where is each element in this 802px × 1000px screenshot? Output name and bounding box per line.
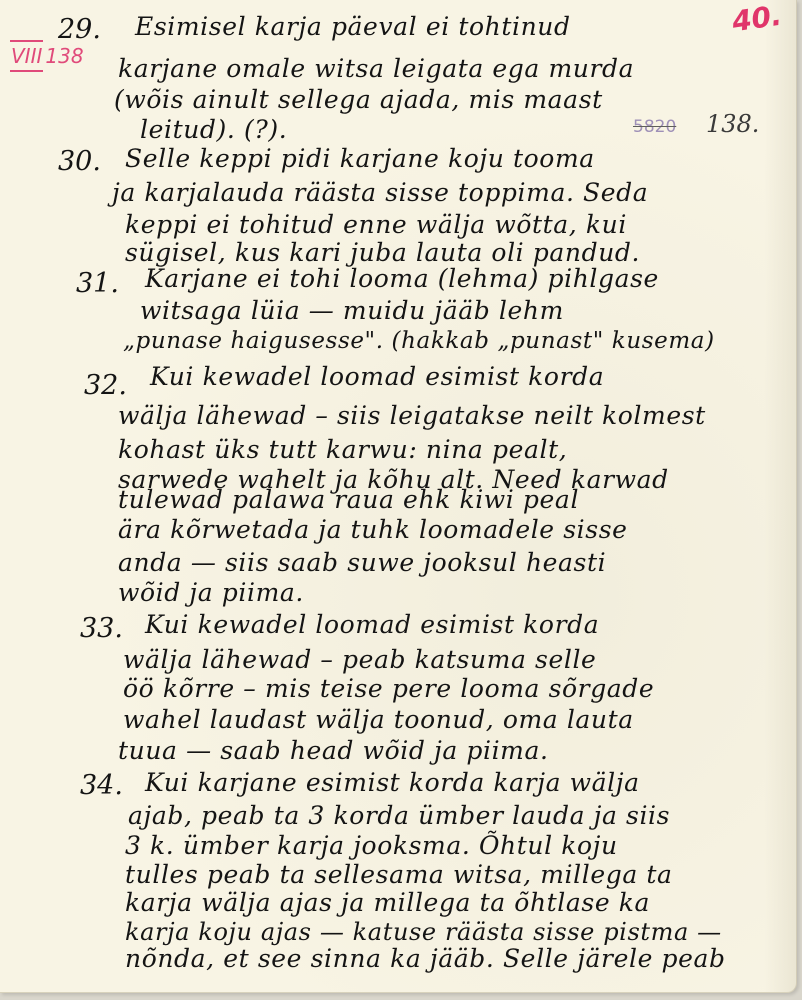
entry-number: 33. [80, 613, 123, 644]
entry-line: witsaga lüia — muidu jääb lehm [140, 298, 564, 323]
entry-line: Kui kewadel loomad esimist korda [150, 364, 604, 389]
entry-line: tuua — saab head wõid ja piima. [118, 738, 549, 763]
entry-number: 29. [58, 14, 101, 45]
archive-mark-roman: VIII [10, 40, 43, 72]
entry-line: wõid ja piima. [118, 580, 304, 605]
entry-line: wälja lähewad – siis leigatakse neilt ko… [118, 403, 706, 428]
entry-line: leitud). (?). [140, 117, 287, 142]
entry-line: Selle keppi pidi karjane koju tooma [125, 146, 595, 171]
entry-line: (wõis ainult sellega ajada, mis maast [114, 87, 603, 112]
folio-number: 40. [730, 0, 784, 38]
archive-mark-number: 138 [45, 44, 83, 68]
entry-number: 34. [80, 770, 123, 801]
entry-line: Kui karjane esimist korda karja wälja [145, 770, 640, 795]
entry-line: Karjane ei tohi looma (lehma) pihlgase [145, 266, 659, 291]
entry-number: 31. [76, 268, 119, 299]
entry-line: Kui kewadel loomad esimist korda [145, 612, 599, 637]
entry-number: 32. [84, 370, 127, 401]
entry-line: karjane omale witsa leigata ega murda [118, 56, 634, 81]
struck-stamp-number: 5820 [633, 117, 676, 137]
entry-line: tulles peab ta sellesama witsa, millega … [125, 862, 673, 887]
entry-line: wahel laudast wälja toonud, oma lauta [123, 707, 634, 732]
entry-line: karja wälja ajas ja millega ta õhtlase k… [125, 890, 650, 915]
entry-line: sügisel, kus kari juba lauta oli pandud. [125, 240, 640, 265]
manuscript-page: 40. VIII138 5820 138. 29. Esimisel karja… [0, 0, 797, 993]
entry-line: kohast üks tutt karwu: nina pealt, [118, 437, 567, 462]
entry-line: 3 k. ümber karja jooksma. Õhtul koju [125, 833, 618, 858]
entry-line: ära kõrwetada ja tuhk loomadele sisse [118, 517, 628, 542]
entry-line: anda — siis saab suwe jooksul heasti [118, 550, 606, 575]
entry-line: karja koju ajas — katuse räästa sisse pi… [125, 920, 722, 944]
entry-line: Esimisel karja päeval ei tohtinud [135, 14, 571, 39]
entry-line: keppi ei tohitud enne wälja wõtta, kui [125, 212, 627, 237]
entry-line: öö kõrre – mis teise pere looma sõrgade [123, 676, 654, 701]
entry-line: ajab, peab ta 3 korda ümber lauda ja sii… [128, 803, 670, 828]
entry-line: wälja lähewad – peab katsuma selle [123, 647, 596, 672]
page-number: 138. [706, 110, 759, 138]
entry-line: „punase haigusesse". (hakkab „punast" ku… [123, 330, 715, 353]
entry-line: ja karjalauda räästa sisse toppima. Seda [112, 180, 648, 205]
entry-number: 30. [58, 146, 101, 177]
entry-line: tulewad palawa raua ehk kiwi peal [118, 487, 579, 512]
entry-line: nõnda, et see sinna ka jääb. Selle järel… [125, 946, 726, 971]
